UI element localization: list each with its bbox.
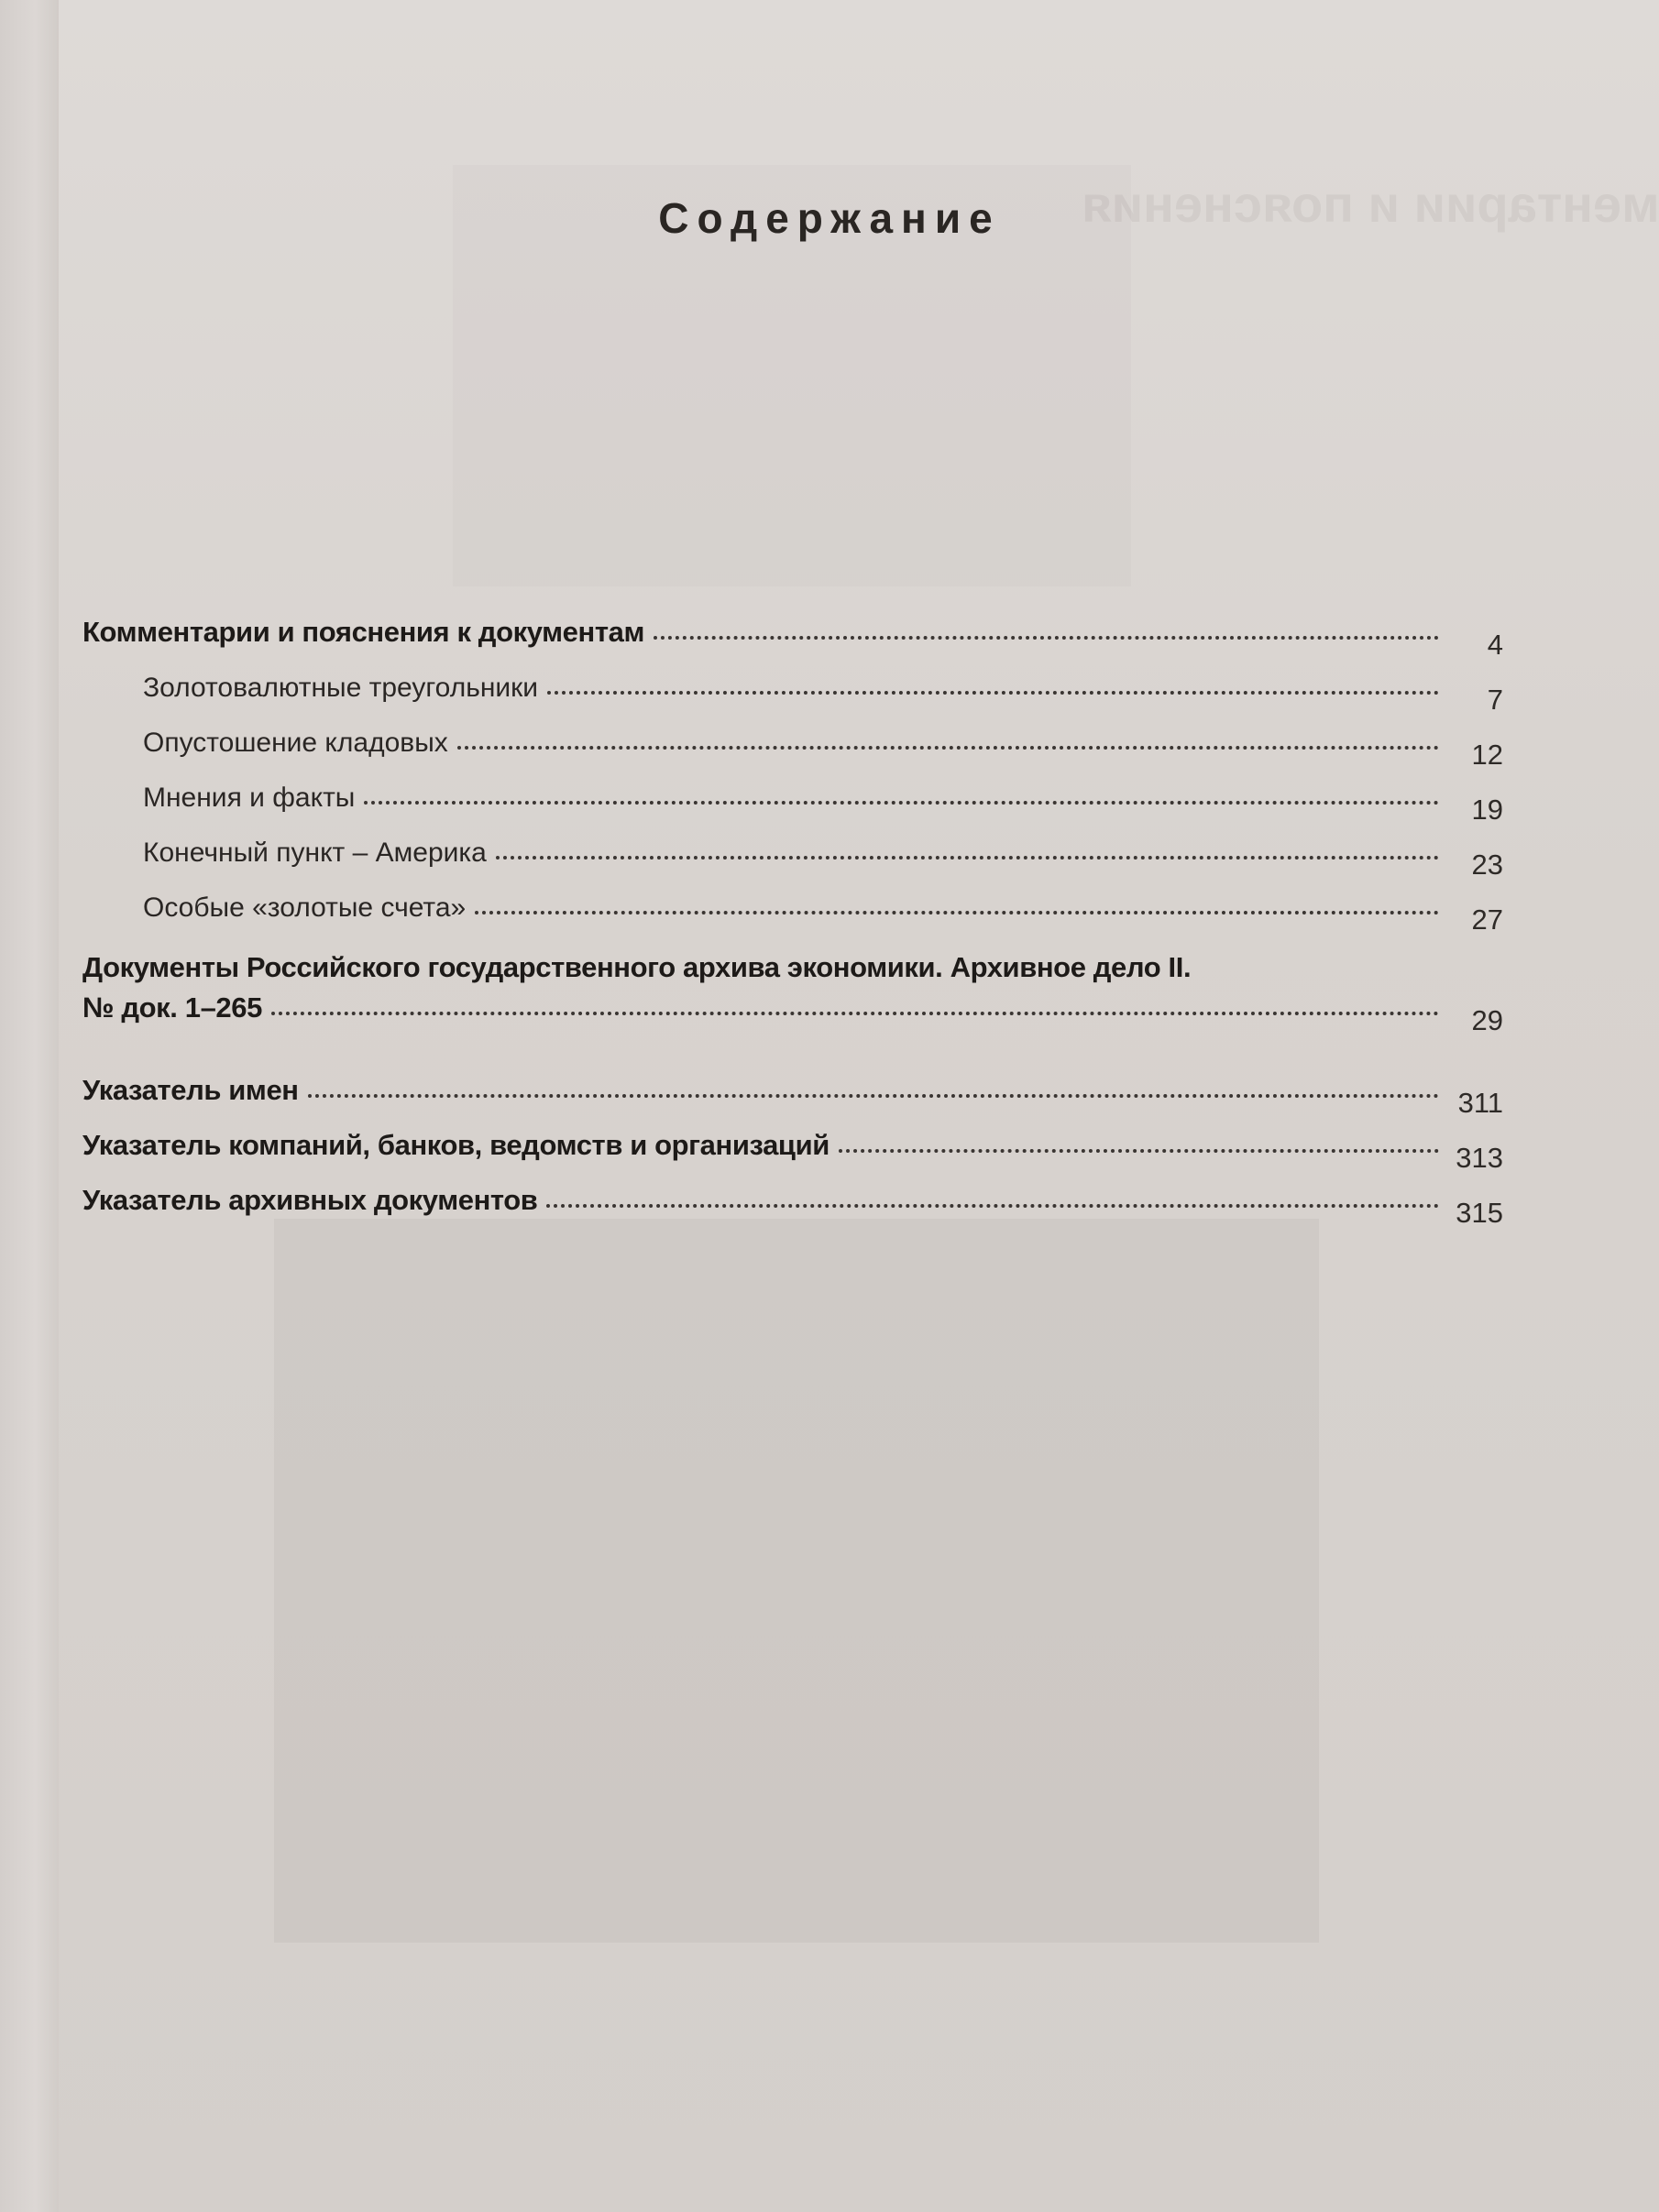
bleed-through-image-bottom	[274, 1219, 1319, 1943]
toc-page-number: 311	[1439, 1087, 1503, 1120]
toc-entry-documents-line2: № док. 1–265 29	[82, 984, 1503, 1024]
dot-leader	[839, 1149, 1439, 1153]
toc-entry-america[interactable]: Конечный пункт – Америка 23	[82, 825, 1503, 869]
toc-entry-label: Указатель имен	[82, 1074, 308, 1107]
toc-entry-label: Мнения и факты	[143, 783, 364, 814]
toc-page-number: 29	[1439, 1004, 1503, 1037]
toc-entry-label: Указатель архивных документов	[82, 1184, 546, 1217]
toc-entry-gold-accounts[interactable]: Особые «золотые счета» 27	[82, 880, 1503, 924]
dot-leader	[475, 911, 1439, 914]
toc-page-number: 315	[1439, 1197, 1503, 1230]
toc-entry-label-line1: Документы Российского государственного а…	[82, 951, 1503, 984]
toc-page-number: 19	[1439, 794, 1503, 827]
toc-page-number: 12	[1439, 739, 1503, 772]
toc-entry-comments[interactable]: Комментарии и пояснения к документам 4	[82, 605, 1503, 649]
toc-entry-label: Опустошение кладовых	[143, 728, 457, 759]
dot-leader	[308, 1094, 1439, 1098]
dot-leader	[654, 636, 1439, 640]
toc-entry-opinions[interactable]: Мнения и факты 19	[82, 770, 1503, 814]
toc-page-number: 313	[1439, 1142, 1503, 1175]
toc-entry-documents[interactable]: Документы Российского государственного а…	[82, 951, 1503, 1024]
toc-page-number: 7	[1439, 684, 1503, 717]
page-gutter	[0, 0, 59, 2212]
dot-leader	[457, 746, 1439, 750]
toc-page-number: 4	[1439, 629, 1503, 662]
toc-entry-name-index[interactable]: Указатель имен 311	[82, 1063, 1503, 1107]
toc-entry-label: Указатель компаний, банков, ведомств и о…	[82, 1129, 839, 1162]
table-of-contents: Комментарии и пояснения к документам 4 З…	[82, 605, 1503, 1228]
dot-leader	[496, 856, 1439, 860]
toc-page-number: 23	[1439, 849, 1503, 882]
toc-page-number: 27	[1439, 903, 1503, 936]
toc-entry-label: Комментарии и пояснения к документам	[82, 616, 654, 649]
toc-entry-organization-index[interactable]: Указатель компаний, банков, ведомств и о…	[82, 1118, 1503, 1162]
toc-entry-label: Конечный пункт – Америка	[143, 838, 496, 869]
toc-entry-label: № док. 1–265	[82, 991, 271, 1024]
dot-leader	[364, 801, 1439, 805]
toc-entry-label: Золотовалютные треугольники	[143, 673, 547, 704]
toc-entry-gold-triangles[interactable]: Золотовалютные треугольники 7	[82, 660, 1503, 704]
dot-leader	[271, 1012, 1439, 1015]
dot-leader	[547, 691, 1439, 695]
toc-entry-archive-index[interactable]: Указатель архивных документов 315	[82, 1173, 1503, 1217]
dot-leader	[546, 1204, 1439, 1208]
toc-entry-vaults[interactable]: Опустошение кладовых 12	[82, 715, 1503, 759]
toc-title: Содержание	[0, 193, 1659, 243]
toc-entry-label: Особые «золотые счета»	[143, 892, 475, 924]
